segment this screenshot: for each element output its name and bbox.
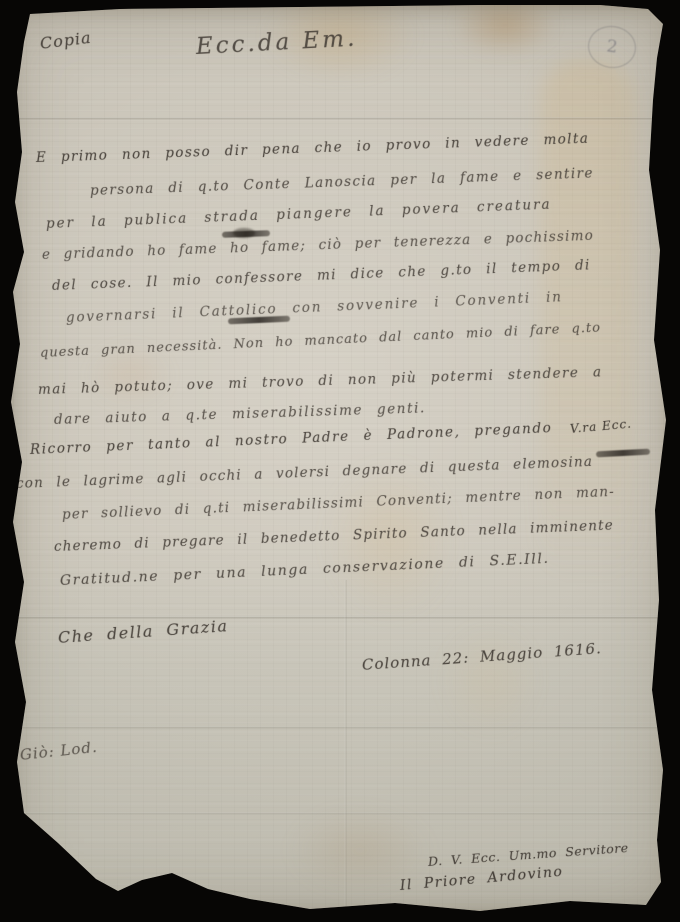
photo-backdrop: Copia Ecc.da Em. 2 E primo non posso dir… [0, 0, 680, 922]
ink-blot-1 [233, 228, 255, 238]
letter-paper: Copia Ecc.da Em. 2 E primo non posso dir… [0, 0, 680, 922]
